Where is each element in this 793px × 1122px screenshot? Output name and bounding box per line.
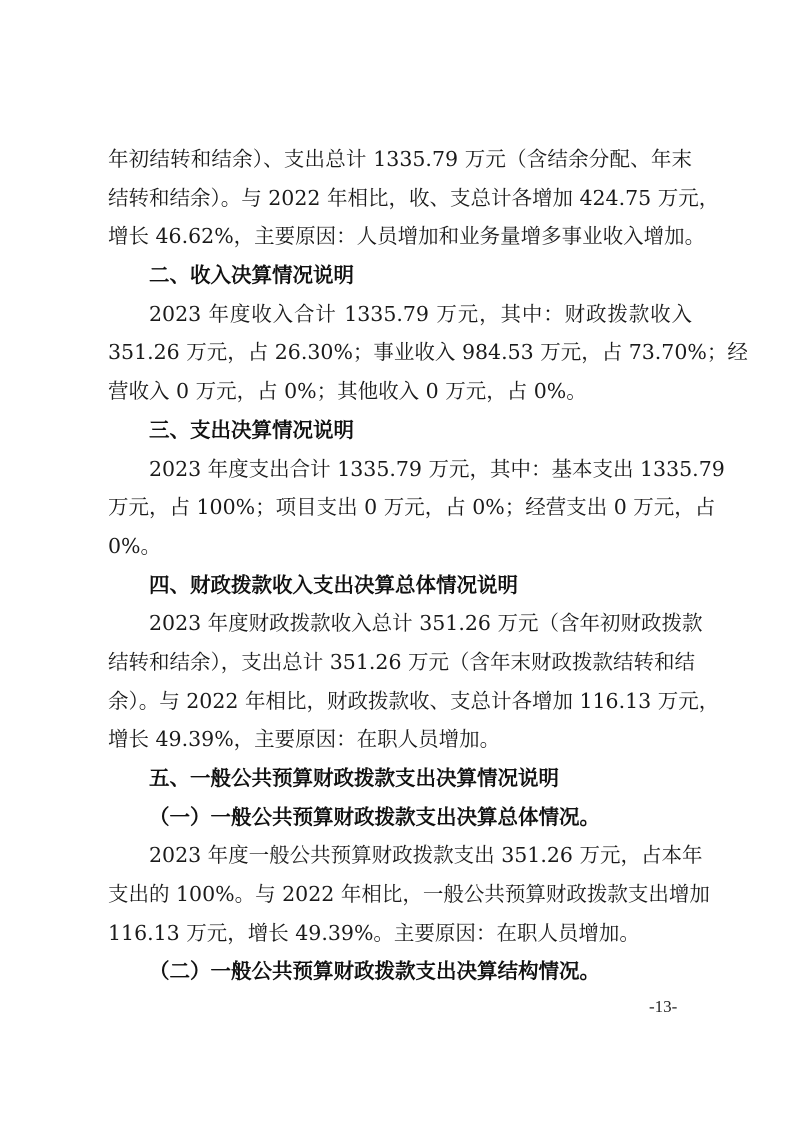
section-heading-fiscal-appropriation: 四、财政拨款收入支出决算总体情况说明 [108, 566, 692, 605]
paragraph-line: 结转和结余）。与 2022 年相比，收、支总计各增加 424.75 万元， [108, 179, 692, 218]
paragraph-line: 支出的 100%。与 2022 年相比，一般公共预算财政拨款支出增加 [108, 875, 692, 914]
page-number: -13- [649, 997, 677, 1017]
paragraph-line: 营收入 0 万元，占 0%；其他收入 0 万元，占 0%。 [108, 372, 692, 411]
paragraph-line: 余）。与 2022 年相比，财政拨款收、支总计各增加 116.13 万元， [108, 682, 692, 721]
paragraph-line: 116.13 万元，增长 49.39%。主要原因：在职人员增加。 [108, 914, 692, 953]
document-page: 年初结转和结余）、支出总计 1335.79 万元（含结余分配、年末 结转和结余）… [108, 140, 692, 991]
section-heading-general-budget: 五、一般公共预算财政拨款支出决算情况说明 [108, 759, 692, 798]
paragraph-line: 2023 年度收入合计 1335.79 万元，其中：财政拨款收入 [108, 295, 692, 334]
paragraph-line: 万元，占 100%；项目支出 0 万元，占 0%；经营支出 0 万元，占 [108, 488, 692, 527]
subsection-heading-overall: （一）一般公共预算财政拨款支出决算总体情况。 [108, 798, 692, 837]
section-heading-expenditure: 三、支出决算情况说明 [108, 411, 692, 450]
paragraph-line: 2023 年度财政拨款收入总计 351.26 万元（含年初财政拨款 [108, 604, 692, 643]
paragraph-line: 2023 年度一般公共预算财政拨款支出 351.26 万元，占本年 [108, 836, 692, 875]
paragraph-line: 增长 46.62%，主要原因：人员增加和业务量增多事业收入增加。 [108, 217, 692, 256]
paragraph-line: 年初结转和结余）、支出总计 1335.79 万元（含结余分配、年末 [108, 140, 692, 179]
paragraph-line: 增长 49.39%，主要原因：在职人员增加。 [108, 720, 692, 759]
paragraph-line: 结转和结余），支出总计 351.26 万元（含年末财政拨款结转和结 [108, 643, 692, 682]
subsection-heading-structure: （二）一般公共预算财政拨款支出决算结构情况。 [108, 952, 692, 991]
paragraph-line: 2023 年度支出合计 1335.79 万元，其中：基本支出 1335.79 [108, 450, 692, 489]
section-heading-income: 二、收入决算情况说明 [108, 256, 692, 295]
paragraph-line: 0%。 [108, 527, 692, 566]
paragraph-line: 351.26 万元，占 26.30%；事业收入 984.53 万元，占 73.7… [108, 333, 692, 372]
